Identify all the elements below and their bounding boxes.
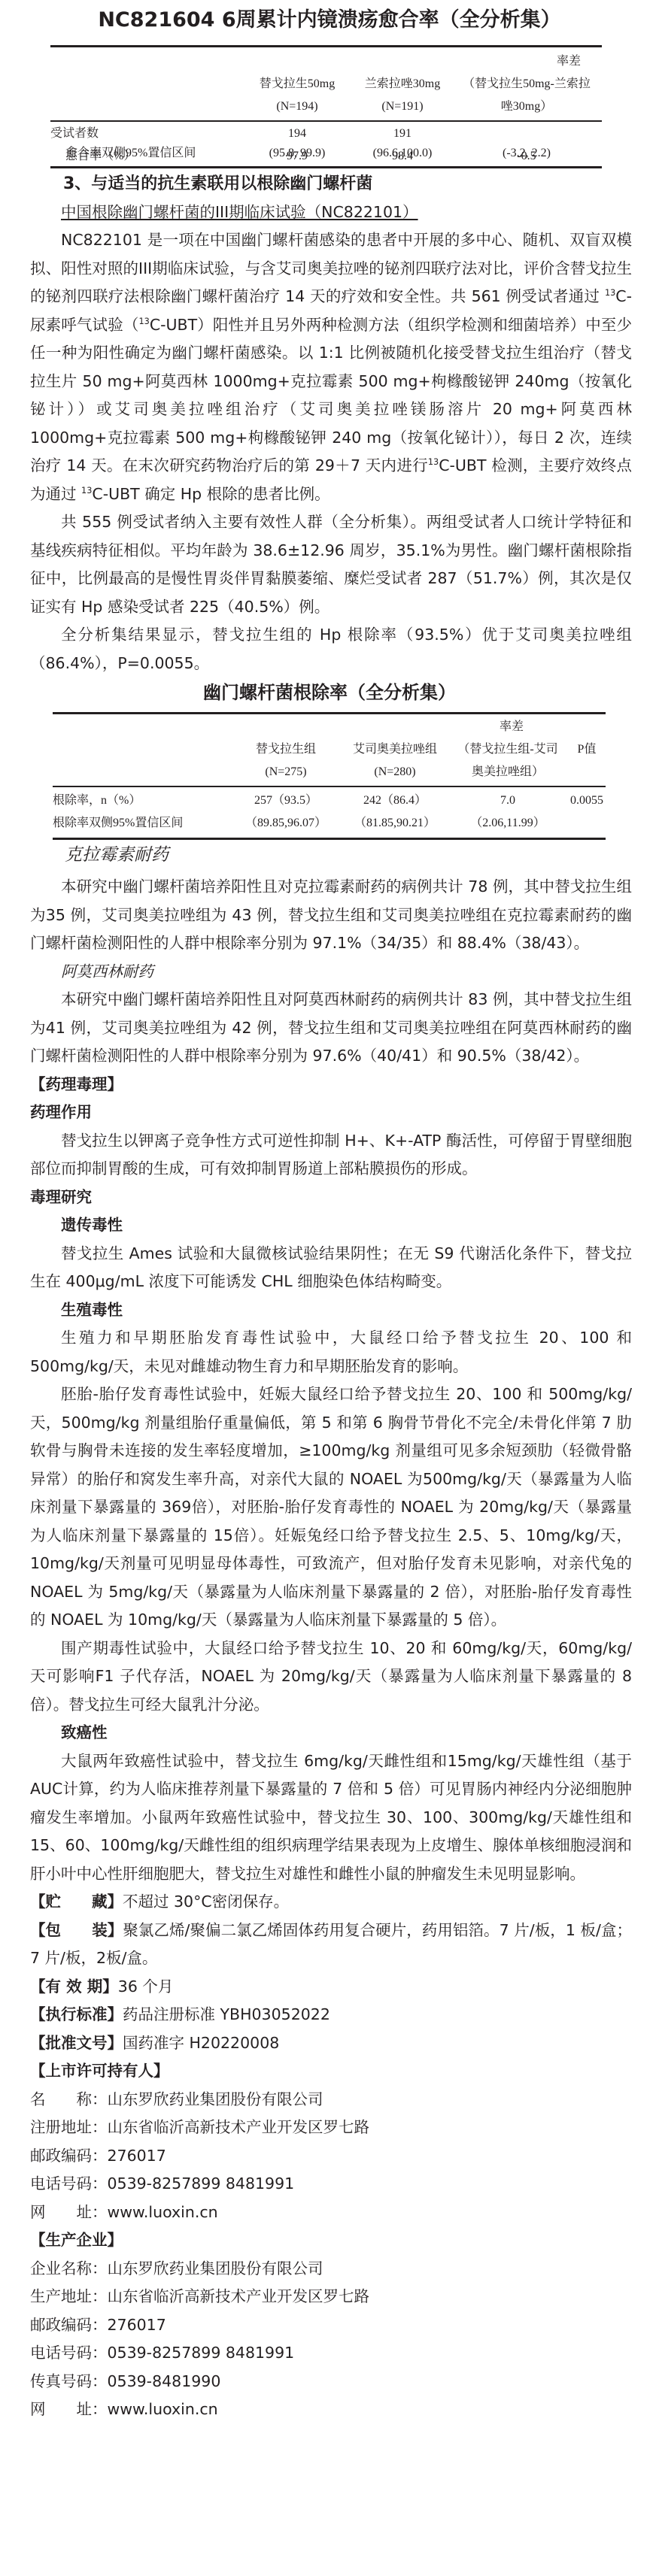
table1-header-rule	[50, 120, 602, 122]
table1-ci-row-inner: 愈合率双侧95%置信区间 (95.8, 99.9) (96.6,100.0) (…	[0, 143, 659, 164]
table2: 幽门螺杆菌根除率（全分析集） 率差 替戈拉生组 (N=275) 艾司奥美拉唑组 …	[30, 677, 632, 873]
table1: 率差 替戈拉生50mg (N=194) 兰索拉唑30mg (N=191) （替戈…	[0, 0, 659, 158]
table1-header-col1: 替戈拉生50mg	[241, 74, 354, 95]
table2-row-label: 根除率双侧95%置信区间	[53, 813, 183, 834]
repro-text-3: 围产期毒性试验中，大鼠经口给予替戈拉生 10、20 和 60mg/kg/天，60…	[30, 1635, 632, 1720]
table1-header-col2: 兰索拉唑30mg	[346, 74, 459, 95]
table1-header-col2-n: (N=191)	[346, 96, 459, 117]
table2-cell: （89.85,96.07）	[226, 813, 346, 834]
holder-heading: 【上市许可持有人】	[30, 2057, 632, 2086]
table1-header-col1-n: (N=194)	[241, 96, 354, 117]
table2-header-col3-b: 奥美拉唑组）	[448, 762, 568, 783]
table2-header-col2: 艾司奥美拉唑组	[335, 739, 455, 760]
table2-cell: 257（93.5）	[226, 790, 346, 811]
carc-text: 大鼠两年致癌性试验中，替戈拉生 6mg/kg/天雌性组和15mg/kg/天雄性组…	[30, 1747, 632, 1889]
package-row: 【包 装】聚氯乙烯/聚偏二氯乙烯固体药用复合硬片，药用铝箔。7 片/板，1 板/…	[30, 1917, 632, 1973]
geno-heading: 遗传毒性	[30, 1211, 632, 1240]
mfr-phone-row: 电话号码：0539-8257899 8481991	[30, 2339, 632, 2368]
action-text: 替戈拉生以钾离子竞争性方式可逆性抑制 H+、K+-ATP 酶活性，可停留于胃壁细…	[30, 1127, 632, 1183]
section3-para3: 全分析集结果显示，替戈拉生组的 Hp 根除率（93.5%）优于艾司奥美拉唑组（8…	[30, 621, 632, 677]
table2-header-col2-n: (N=280)	[335, 762, 455, 783]
storage-row: 【贮 藏】不超过 30°C密闭保存。	[30, 1888, 632, 1917]
table1-header-diff-title: 率差	[516, 51, 621, 72]
table2-header-diff-title: 率差	[463, 717, 560, 738]
table1-header-col3-b: 唑30mg）	[451, 96, 602, 117]
table2-cell: 7.0	[448, 790, 568, 811]
mfr-web-row: 网 址：www.luoxin.cn	[30, 2396, 632, 2424]
table1-cell: 191	[346, 123, 459, 144]
action-heading: 药理作用	[30, 1099, 632, 1127]
holder-website-link[interactable]: www.luoxin.cn	[108, 2203, 218, 2221]
clar-heading-wrap: 克拉霉素耐药	[30, 841, 632, 870]
table2-header-rule	[53, 786, 606, 787]
repro-heading: 生殖毒性	[30, 1296, 632, 1325]
table2-header-col1: 替戈拉生组	[226, 739, 346, 760]
mfr-fax-row: 传真号码：0539-8481990	[30, 2368, 632, 2396]
table1-cell: (96.6,100.0)	[346, 143, 459, 164]
standard-row: 【执行标准】药品注册标准 YBH03052022	[30, 2001, 632, 2029]
table1-bottom-rule	[50, 166, 602, 168]
table2-header-pvalue: P值	[564, 739, 609, 760]
table1-cell: (95.8, 99.9)	[241, 143, 354, 164]
section3-subheading: 中国根除幽门螺杆菌的III期临床试验（NC822101）	[30, 199, 632, 227]
table2-bottom-rule	[53, 838, 606, 840]
holder-web-row: 网 址：www.luoxin.cn	[30, 2199, 632, 2227]
holder-postcode-row: 邮政编码：276017	[30, 2142, 632, 2171]
table2-cell: 242（86.4）	[335, 790, 455, 811]
section3-para1: NC822101 是一项在中国幽门螺杆菌感染的患者中开展的多中心、随机、双盲双模…	[30, 226, 632, 508]
repro-text-1: 生殖力和早期胚胎发育毒性试验中，大鼠经口给予替戈拉生 20、100 和 500m…	[30, 1324, 632, 1380]
holder-name-row: 名 称：山东罗欣药业集团股份有限公司	[30, 2086, 632, 2114]
table2-cell: （2.06,11.99）	[448, 813, 568, 834]
amox-heading: 阿莫西林耐药	[30, 958, 632, 986]
table2-header-col1-n: (N=275)	[226, 762, 346, 783]
mfr-name-row: 企业名称：山东罗欣药业集团股份有限公司	[30, 2255, 632, 2284]
table1-row-label: 愈合率双侧95%置信区间	[65, 143, 196, 164]
table1-cell: 194	[241, 123, 354, 144]
clar-text: 本研究中幽门螺杆菌培养阳性且对克拉霉素耐药的病例共计 78 例，其中替戈拉生组为…	[30, 873, 632, 958]
table2-row-label: 根除率，n（%）	[53, 790, 141, 811]
repro-text-2: 胚胎-胎仔发育毒性试验中，妊娠大鼠经口给予替戈拉生 20、100 和 500mg…	[30, 1380, 632, 1635]
section3-para2: 共 555 例受试者纳入主要有效性人群（全分析集）。两组受试者人口统计学特征和基…	[30, 508, 632, 621]
geno-text: 替戈拉生 Ames 试验和大鼠微核试验结果阴性；在无 S9 代谢活化条件下，替戈…	[30, 1240, 632, 1296]
table1-header-col3: （替戈拉生50mg-兰索拉	[451, 74, 602, 95]
table2-cell: 0.0055	[560, 790, 613, 811]
section3-heading: 3、与适当的抗生素联用以根除幽门螺杆菌	[30, 170, 632, 199]
validity-row: 【有 效 期】36 个月	[30, 1973, 632, 2002]
mfr-address-row: 生产地址：山东省临沂高新技术产业开发区罗七路	[30, 2283, 632, 2311]
mfr-website-link[interactable]: www.luoxin.cn	[108, 2400, 218, 2418]
approval-row: 【批准文号】国药准字 H20220008	[30, 2029, 632, 2058]
table1-cell: (-3.2, 2.2)	[451, 143, 602, 164]
holder-phone-row: 电话号码：0539-8257899 8481991	[30, 2170, 632, 2199]
mfr-postcode-row: 邮政编码：276017	[30, 2311, 632, 2340]
clar-heading: 克拉霉素耐药	[30, 841, 632, 870]
manufacturer-heading: 【生产企业】	[30, 2226, 632, 2255]
main-body: 愈合率双侧95%置信区间 (95.8, 99.9) (96.6,100.0) (…	[30, 147, 632, 2424]
carc-heading: 致癌性	[30, 1719, 632, 1747]
table1-row-label: 受试者数	[50, 123, 99, 144]
amox-text: 本研究中幽门螺杆菌培养阳性且对阿莫西林耐药的病例共计 83 例，其中替戈拉生组为…	[30, 986, 632, 1071]
table2-cell: （81.85,90.21）	[335, 813, 455, 834]
table2-header-col3: （替戈拉生组-艾司	[448, 739, 568, 760]
tox-heading: 毒理研究	[30, 1183, 632, 1212]
holder-address-row: 注册地址：山东省临沂高新技术产业开发区罗七路	[30, 2114, 632, 2142]
pharmtox-heading: 【药理毒理】	[30, 1071, 632, 1099]
